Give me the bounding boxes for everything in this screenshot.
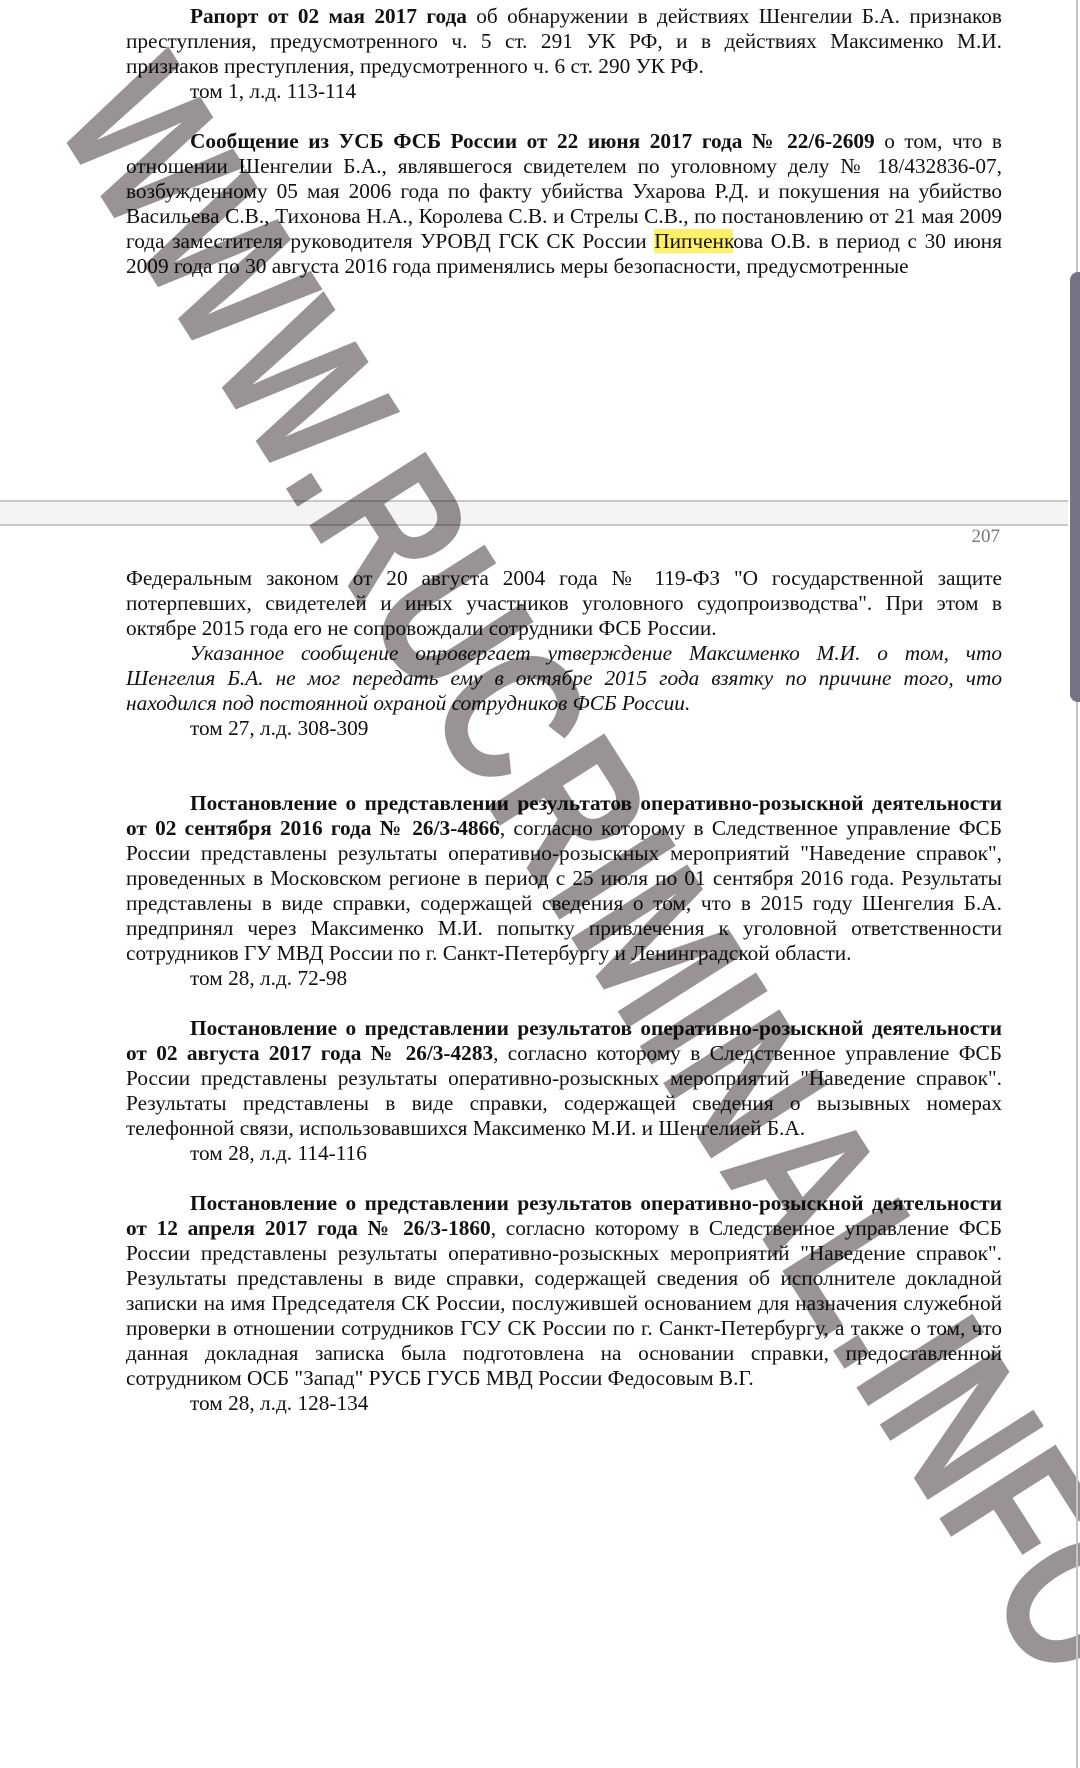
document-page-207: 207 Федеральным законом от 20 августа 20… <box>0 526 1068 1768</box>
case-reference: том 27, л.д. 308-309 <box>126 716 1002 741</box>
entry-note: Указанное сообщение опровергает утвержде… <box>126 641 1002 716</box>
entry-title: Рапорт от 02 мая 2017 года <box>190 4 467 28</box>
entry-usb-message: Сообщение из УСБ ФСБ России от 22 июня 2… <box>126 129 1002 279</box>
case-reference: том 28, л.д. 72-98 <box>126 966 1002 991</box>
page-separator <box>0 500 1068 526</box>
case-reference: том 1, л.д. 113-114 <box>126 79 1002 104</box>
spacer <box>126 741 1002 791</box>
scrollbar-track-line <box>1076 0 1078 1768</box>
document-page-206: Рапорт от 02 мая 2017 года об обнаружени… <box>0 0 1068 500</box>
document-viewer[interactable]: Рапорт от 02 мая 2017 года об обнаружени… <box>0 0 1080 1768</box>
spacer <box>126 1166 1002 1191</box>
search-highlight: Пипченк <box>654 229 733 253</box>
case-reference: том 28, л.д. 114-116 <box>126 1141 1002 1166</box>
entry-continuation: Федеральным законом от 20 августа 2004 г… <box>126 566 1002 641</box>
entry-raport: Рапорт от 02 мая 2017 года об обнаружени… <box>126 4 1002 79</box>
entry-title: Сообщение из УСБ ФСБ России от 22 июня 2… <box>190 129 875 153</box>
case-reference: том 28, л.д. 128-134 <box>126 1391 1002 1416</box>
entry-text: , согласно которому в Следственное управ… <box>126 1216 1002 1390</box>
entry-resolution-4866: Постановление о представлении результато… <box>126 791 1002 966</box>
page-content: Федеральным законом от 20 августа 2004 г… <box>126 566 1002 1416</box>
page-number: 207 <box>972 526 1001 548</box>
page-content: Рапорт от 02 мая 2017 года об обнаружени… <box>126 4 1002 279</box>
spacer <box>126 104 1002 129</box>
spacer <box>126 991 1002 1016</box>
vertical-scrollbar[interactable] <box>1068 0 1080 1768</box>
entry-resolution-4283: Постановление о представлении результато… <box>126 1016 1002 1141</box>
scrollbar-thumb[interactable] <box>1070 272 1080 702</box>
entry-resolution-1860: Постановление о представлении результато… <box>126 1191 1002 1391</box>
